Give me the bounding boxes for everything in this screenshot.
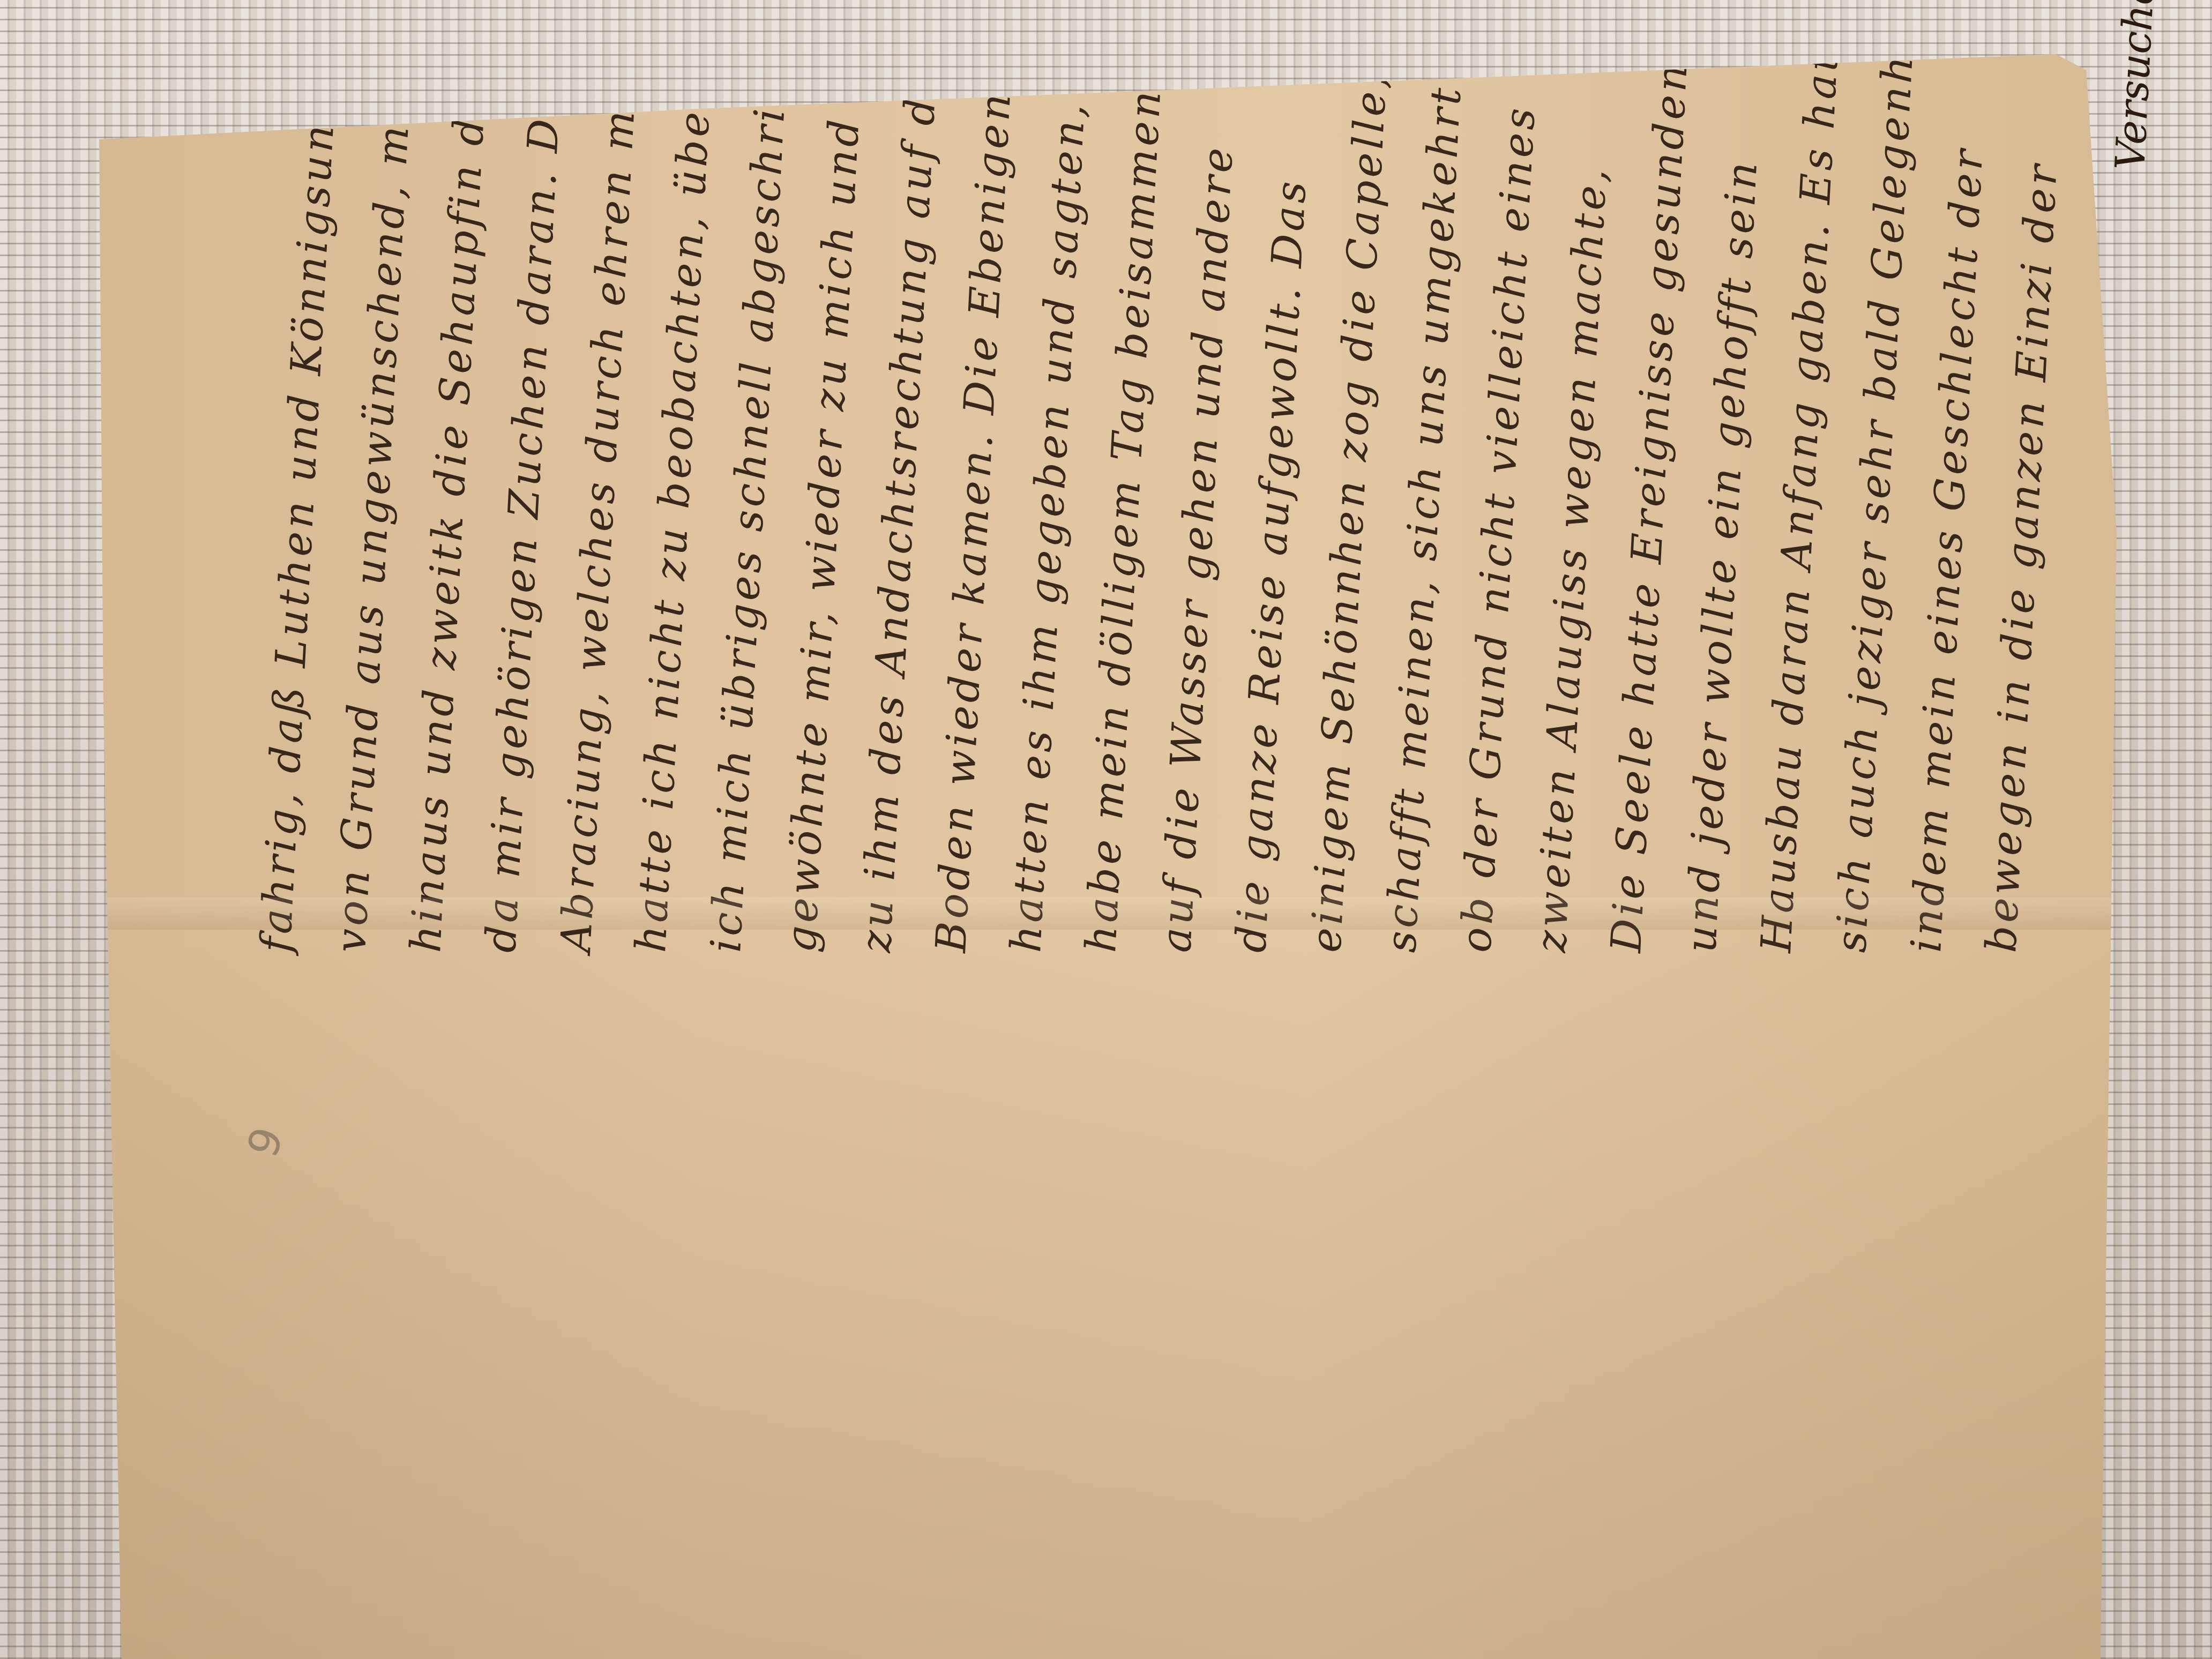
text-line: zweiten Alaugiss wegen machte, — [1527, 165, 1617, 954]
text-line: indem mein eines Geschlecht der — [1902, 146, 1993, 954]
text-line: Die Seele hatte Ereignisse gesunden, — [1602, 44, 1698, 954]
closing-word: Versuche — [2106, 0, 2163, 171]
text-line: die ganze Reise aufgewollt. Das — [1227, 177, 1316, 953]
text-line: schafft meinen, sich uns umgekehrt — [1377, 84, 1471, 954]
text-line: einigem Sehönnhen zog die Capelle, — [1302, 71, 1396, 954]
text-line: habe mein dölligem Tag beisammen — [1077, 87, 1170, 954]
handwritten-text-block: fahrig, daß Luthen und Könnigsund nieht … — [91, 51, 2117, 1659]
text-line: auf die Wasser gehen und andere — [1152, 144, 1243, 954]
text-line: und jeder wollte ein gehofft sein — [1677, 158, 1767, 954]
text-line: da mir gehörigen Zuchen daran. Das — [477, 62, 572, 954]
text-line: gewöhnte mir, wieder zu mich und — [777, 115, 869, 954]
photo-scene: fahrig, daß Luthen und Könnigsund nieht … — [0, 0, 2212, 1659]
text-line: Hausbau daran Anfang gaben. Es hat — [1752, 50, 1848, 954]
text-line: Boden wieder kamen. Die Ebenigen — [927, 89, 1020, 954]
text-line: ob der Grund nicht vielleicht eines — [1452, 104, 1545, 954]
text-line: bewegen in die ganzen Einzi der — [1977, 161, 2067, 954]
letter-page: fahrig, daß Luthen und Könnigsund nieht … — [91, 51, 2117, 1659]
text-line: hatte ich nicht zu beobachten, über — [627, 84, 721, 953]
